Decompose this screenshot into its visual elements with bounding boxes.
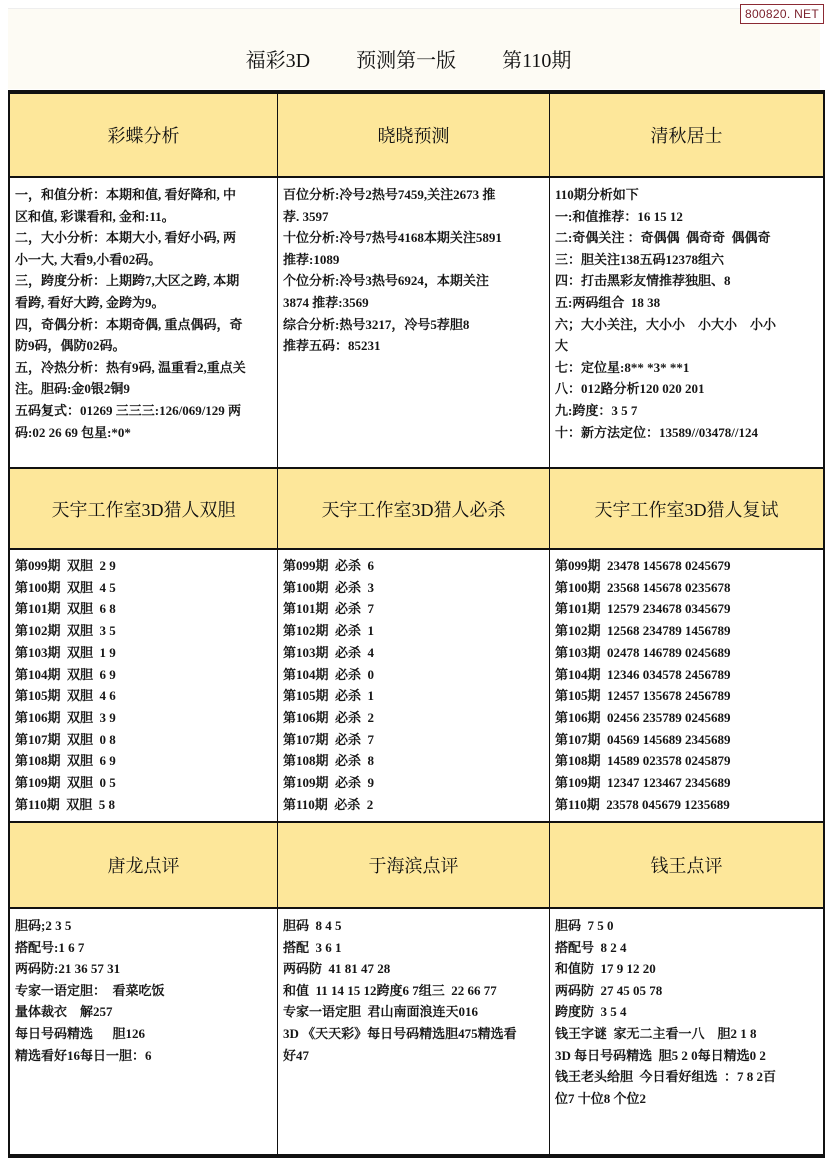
text-line: 钱王字谜 家无二主看一八 胆2 1 8 xyxy=(555,1023,819,1045)
text-line: 第108期 双胆 6 9 xyxy=(15,750,273,772)
text-line: 量体裁衣 解257 xyxy=(15,1001,273,1023)
text-line: 胆码 7 5 0 xyxy=(555,915,819,937)
site-watermark: 800820. NET xyxy=(740,4,824,24)
text-line: 荐. 3597 xyxy=(283,206,545,228)
text-line: 百位分析:冷号2热号7459,关注2673 推 xyxy=(283,184,545,206)
text-line: 四，奇偶分析：本期奇偶, 重点偶码，奇 xyxy=(15,314,273,336)
panel-yuhaibin: 胆码 8 4 5搭配 3 6 1两码防 41 81 47 28和值 11 14 … xyxy=(278,909,550,1154)
text-line: 第102期 必杀 1 xyxy=(283,620,545,642)
text-line: 第101期 12579 234678 0345679 xyxy=(555,598,819,620)
text-line: 看跨, 看好大跨, 金跨为9。 xyxy=(15,292,273,314)
header-tianyu-kill: 天宇工作室3D猎人必杀 xyxy=(278,469,550,550)
text-line: 第106期 双胆 3 9 xyxy=(15,707,273,729)
text-line: 胆码 8 4 5 xyxy=(283,915,545,937)
header-tianyu-retest: 天宇工作室3D猎人复试 xyxy=(550,469,823,550)
text-line: 3874 推荐:3569 xyxy=(283,292,545,314)
text-line: 第104期 双胆 6 9 xyxy=(15,664,273,686)
panel-tanglong: 胆码;2 3 5搭配号:1 6 7两码防:21 36 57 31专家一语定胆： … xyxy=(10,909,278,1154)
text-line: 第101期 必杀 7 xyxy=(283,598,545,620)
header-xiaoxiao: 晓晓预测 xyxy=(278,94,550,178)
prediction-table: 彩蝶分析 晓晓预测 清秋居士 一，和值分析：本期和值, 看好降和, 中区和值, … xyxy=(8,90,825,1158)
text-line: 第105期 必杀 1 xyxy=(283,685,545,707)
text-line: 搭配号 8 2 4 xyxy=(555,937,819,959)
text-line: 第110期 双胆 5 8 xyxy=(15,794,273,816)
panel-tianyu-kill: 第099期 必杀 6第100期 必杀 3第101期 必杀 7第102期 必杀 1… xyxy=(278,550,550,823)
text-line: 和值 11 14 15 12跨度6 7组三 22 66 77 xyxy=(283,980,545,1002)
text-line: 推荐五码：85231 xyxy=(283,335,545,357)
text-line: 第106期 必杀 2 xyxy=(283,707,545,729)
text-line: 五码复式：01269 三三三:126/069/129 两 xyxy=(15,400,273,422)
text-line: 五，冷热分析：热有9码, 温重看2,重点关 xyxy=(15,357,273,379)
panel-xiaoxiao: 百位分析:冷号2热号7459,关注2673 推荐. 3597十位分析:冷号7热号… xyxy=(278,178,550,469)
header-qianwang: 钱王点评 xyxy=(550,823,823,909)
text-line: 五:两码组合 18 38 xyxy=(555,292,819,314)
text-line: 第109期 12347 123467 2345689 xyxy=(555,772,819,794)
text-line: 个位分析:冷号3热号6924，本期关注 xyxy=(283,270,545,292)
panel-tianyu-retest: 第099期 23478 145678 0245679第100期 23568 14… xyxy=(550,550,823,823)
text-line: 第108期 14589 023578 0245879 xyxy=(555,750,819,772)
text-line: 每日号码精选 胆126 xyxy=(15,1023,273,1045)
text-line: 第102期 12568 234789 1456789 xyxy=(555,620,819,642)
text-line: 精选看好16每日一胆：6 xyxy=(15,1045,273,1067)
text-line: 十：新方法定位：13589//03478//124 xyxy=(555,422,819,444)
text-line: 和值防 17 9 12 20 xyxy=(555,958,819,980)
text-line: 两码防:21 36 57 31 xyxy=(15,958,273,980)
text-line: 第107期 必杀 7 xyxy=(283,729,545,751)
text-line: 第103期 双胆 1 9 xyxy=(15,642,273,664)
text-line: 好47 xyxy=(283,1045,545,1067)
text-line: 综合分析:热号3217，冷号5荐胆8 xyxy=(283,314,545,336)
text-line: 六；大小关注，大小小 小大小 小小 xyxy=(555,314,819,336)
text-line: 第109期 必杀 9 xyxy=(283,772,545,794)
page-title: 福彩3D 预测第一版 第110期 xyxy=(0,46,827,76)
title-issue: 第110期 xyxy=(502,46,571,76)
text-line: 搭配号:1 6 7 xyxy=(15,937,273,959)
text-line: 区和值, 彩谍看和, 金和:11。 xyxy=(15,206,273,228)
header-tianyu-double: 天宇工作室3D猎人双胆 xyxy=(10,469,278,550)
text-line: 第105期 双胆 4 6 xyxy=(15,685,273,707)
text-line: 第100期 双胆 4 5 xyxy=(15,577,273,599)
text-line: 第100期 23568 145678 0235678 xyxy=(555,577,819,599)
text-line: 第107期 04569 145689 2345689 xyxy=(555,729,819,751)
text-line: 第101期 双胆 6 8 xyxy=(15,598,273,620)
text-line: 二:奇偶关注 ：奇偶偶 偶奇奇 偶偶奇 xyxy=(555,227,819,249)
text-line: 第108期 必杀 8 xyxy=(283,750,545,772)
title-edition: 预测第一版 xyxy=(356,46,456,76)
text-line: 专家一语定胆 君山南面浪连天016 xyxy=(283,1001,545,1023)
text-line: 第103期 02478 146789 0245689 xyxy=(555,642,819,664)
text-line: 两码防 27 45 05 78 xyxy=(555,980,819,1002)
text-line: 第100期 必杀 3 xyxy=(283,577,545,599)
text-line: 第106期 02456 235789 0245689 xyxy=(555,707,819,729)
text-line: 七：定位星:8** *3* **1 xyxy=(555,357,819,379)
text-line: 跨度防 3 5 4 xyxy=(555,1001,819,1023)
text-line: 小一大, 大看9,小看02码。 xyxy=(15,249,273,271)
text-line: 第099期 必杀 6 xyxy=(283,555,545,577)
text-line: 钱王老头给胆 今日看好组选 ：7 8 2百 xyxy=(555,1066,819,1088)
text-line: 十位分析:冷号7热号4168本期关注5891 xyxy=(283,227,545,249)
text-line: 第109期 双胆 0 5 xyxy=(15,772,273,794)
header-qingqiu: 清秋居士 xyxy=(550,94,823,178)
text-line: 九:跨度：3 5 7 xyxy=(555,400,819,422)
panel-qianwang: 胆码 7 5 0搭配号 8 2 4和值防 17 9 12 20两码防 27 45… xyxy=(550,909,823,1154)
text-line: 第104期 12346 034578 2456789 xyxy=(555,664,819,686)
text-line: 第110期 必杀 2 xyxy=(283,794,545,816)
text-line: 第107期 双胆 0 8 xyxy=(15,729,273,751)
text-line: 搭配 3 6 1 xyxy=(283,937,545,959)
text-line: 二，大小分析：本期大小, 看好小码, 两 xyxy=(15,227,273,249)
text-line: 三，跨度分析：上期跨7,大区之跨, 本期 xyxy=(15,270,273,292)
text-line: 第110期 23578 045679 1235689 xyxy=(555,794,819,816)
text-line: 第099期 双胆 2 9 xyxy=(15,555,273,577)
text-line: 四：打击黑彩友情推荐独胆、8 xyxy=(555,270,819,292)
text-line: 3D 《天天彩》每日号码精选胆475精选看 xyxy=(283,1023,545,1045)
text-line: 一:和值推荐：16 15 12 xyxy=(555,206,819,228)
text-line: 注。胆码:金0银2铜9 xyxy=(15,378,273,400)
text-line: 两码防 41 81 47 28 xyxy=(283,958,545,980)
text-line: 一，和值分析：本期和值, 看好降和, 中 xyxy=(15,184,273,206)
text-line: 第102期 双胆 3 5 xyxy=(15,620,273,642)
text-line: 第105期 12457 135678 2456789 xyxy=(555,685,819,707)
text-line: 推荐:1089 xyxy=(283,249,545,271)
text-line: 码:02 26 69 包星:*0* xyxy=(15,422,273,444)
text-line: 防9码，偶防02码。 xyxy=(15,335,273,357)
text-line: 第099期 23478 145678 0245679 xyxy=(555,555,819,577)
text-line: 三：胆关注138五码12378组六 xyxy=(555,249,819,271)
text-line: 大 xyxy=(555,335,819,357)
panel-caidie: 一，和值分析：本期和值, 看好降和, 中区和值, 彩谍看和, 金和:11。二，大… xyxy=(10,178,278,469)
text-line: 第103期 必杀 4 xyxy=(283,642,545,664)
header-yuhaibin: 于海滨点评 xyxy=(278,823,550,909)
text-line: 八：012路分析120 020 201 xyxy=(555,378,819,400)
title-lottery-name: 福彩3D xyxy=(246,46,310,76)
header-tanglong: 唐龙点评 xyxy=(10,823,278,909)
text-line: 110期分析如下 xyxy=(555,184,819,206)
text-line: 位7 十位8 个位2 xyxy=(555,1088,819,1110)
text-line: 第104期 必杀 0 xyxy=(283,664,545,686)
text-line: 胆码;2 3 5 xyxy=(15,915,273,937)
text-line: 专家一语定胆： 看菜吃饭 xyxy=(15,980,273,1002)
header-caidie: 彩蝶分析 xyxy=(10,94,278,178)
text-line: 3D 每日号码精选 胆5 2 0每日精选0 2 xyxy=(555,1045,819,1067)
panel-qingqiu: 110期分析如下一:和值推荐：16 15 12二:奇偶关注 ：奇偶偶 偶奇奇 偶… xyxy=(550,178,823,469)
panel-tianyu-double: 第099期 双胆 2 9第100期 双胆 4 5第101期 双胆 6 8第102… xyxy=(10,550,278,823)
